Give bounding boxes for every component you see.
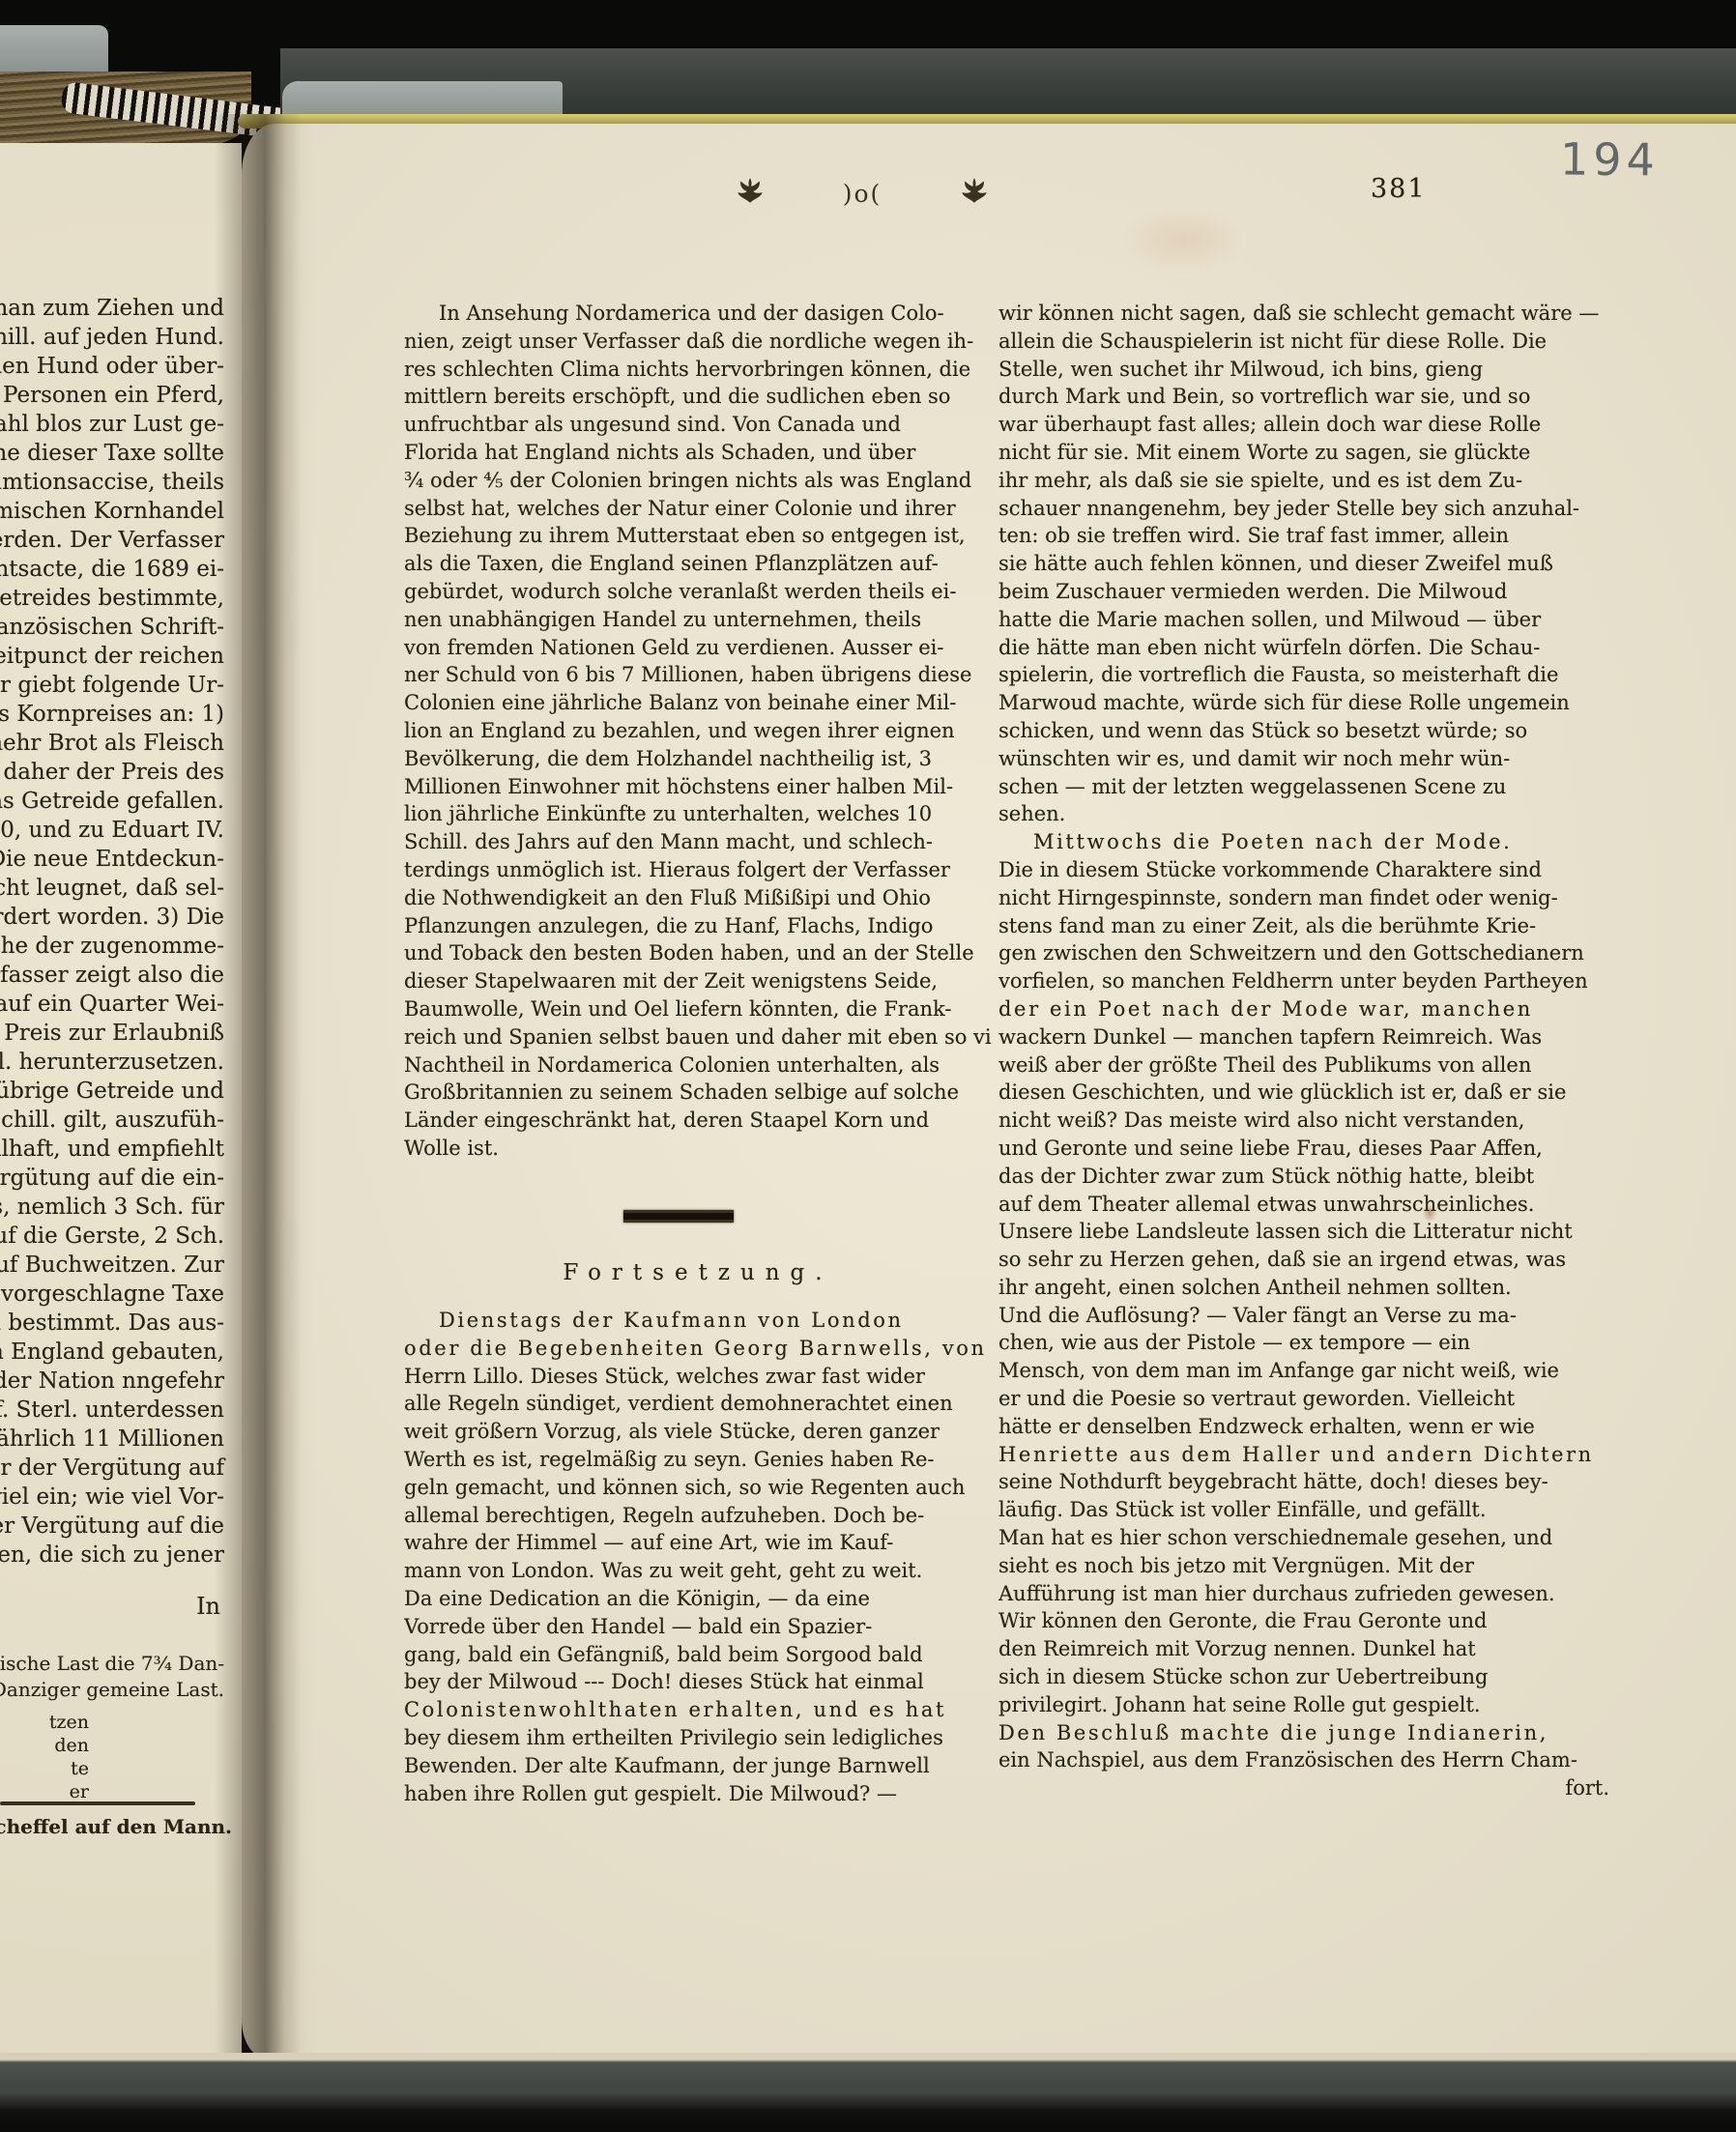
left-page-catchword: In xyxy=(0,1593,220,1620)
left-page-footnote: englische Last die 7¾ Dan-Danziger gemei… xyxy=(0,1651,224,1707)
text-line: hme dieser Taxe sollte xyxy=(0,439,224,468)
left-page-text-column: e man zum Ziehen undchill. auf jeden Hun… xyxy=(0,294,227,1579)
text-line: chen, wie aus der Pistole — ex tempore —… xyxy=(998,1329,1609,1357)
left-page: e man zum Ziehen undchill. auf jeden Hun… xyxy=(0,143,242,2059)
header-ornament-row: )o( xyxy=(735,174,990,213)
section-divider-bar xyxy=(623,1210,734,1223)
text-line: welche der zugenomme- xyxy=(0,932,224,961)
text-line: Pflanzungen anzulegen, die zu Hanf, Flac… xyxy=(404,912,992,940)
text-line: Stelle, wen suchet ihr Milwoud, ich bins… xyxy=(998,356,1609,384)
text-line: Die in diesem Stücke vorkommende Charakt… xyxy=(998,856,1609,884)
text-line: ich bestimmt. Das aus- xyxy=(0,1309,224,1338)
text-line: reich und Spanien selbst bauen und daher… xyxy=(404,1023,992,1052)
column-a-paragraph-2: Dienstags der Kaufmann von Londonoder di… xyxy=(404,1307,992,1813)
text-line: tzen xyxy=(0,1711,89,1734)
text-line: schen — mit der letzten weggelassenen Sc… xyxy=(998,773,1609,801)
text-line: Pf. Sterl. unterdessen xyxy=(0,1396,224,1425)
text-line: unfruchtbar als ungesund sind. Von Canad… xyxy=(404,411,992,439)
text-line: Herrn Lillo. Dieses Stück, welches zwar … xyxy=(404,1363,992,1391)
text-line: en Preis zur Erlaubniß xyxy=(0,1019,224,1048)
fleuron-icon xyxy=(735,178,766,209)
text-line: gebürdet, wodurch solche veranlaßt werde… xyxy=(404,578,992,606)
text-line: Schill. herunterzusetzen. xyxy=(0,1048,224,1077)
text-line: nheimischen Kornhandel xyxy=(0,497,224,526)
text-line: eides, nemlich 3 Sch. für xyxy=(0,1193,224,1222)
text-line: bey der Milwoud --- Doch! dieses Stück h… xyxy=(404,1668,992,1696)
text-line: die Nothwendigkeit an den Fluß Mißißipi … xyxy=(404,884,992,912)
text-line: Personen ein Pferd, xyxy=(0,381,224,410)
text-line: Werth es ist, regelmäßig zu seyn. Genies… xyxy=(404,1446,992,1474)
text-line: gang, bald ein Gefängniß, bald beim Sorg… xyxy=(404,1641,992,1669)
text-line: hätte er denselben Endzweck erhalten, we… xyxy=(998,1413,1609,1441)
text-line: gen zwischen den Schweitzern und den Got… xyxy=(998,939,1609,967)
footnote-rule xyxy=(0,1801,195,1805)
text-line: terdings unmöglich ist. Hieraus folgert … xyxy=(404,856,992,884)
text-line: , daher der Preis des xyxy=(0,758,224,787)
text-line: einer Vergütung auf die xyxy=(0,1512,224,1541)
text-line: In Ansehung Nordamerica und der dasigen … xyxy=(404,300,992,328)
text-line: Schill. des Jahrs auf den Mann macht, un… xyxy=(404,828,992,856)
text-line: Schill. gilt, auszufüh- xyxy=(0,1106,224,1135)
text-line: onsumtionsaccise, theils xyxy=(0,468,224,497)
main-page: )o( 381 194 In Ansehung Nordamerica und … xyxy=(242,124,1736,2059)
text-line: durch Mark und Bein, so vortreflich war … xyxy=(998,383,1609,411)
text-line: ten: ob sie treffen wird. Sie traf fast … xyxy=(998,522,1609,550)
text-line: und Toback den besten Boden haben, und a… xyxy=(404,939,992,967)
text-line: weiß aber der größte Theil des Publikums… xyxy=(998,1052,1609,1080)
text-line: rechen, die sich zu jener xyxy=(0,1541,224,1570)
text-line: Mittwochs die Poeten nach der Mode. xyxy=(998,828,1609,856)
text-line: e man zum Ziehen und xyxy=(0,294,224,323)
text-line: sich in diesem Stücke schon zur Uebertre… xyxy=(998,1663,1609,1691)
text-line: vorfielen, so manchen Feldherrn unter be… xyxy=(998,967,1609,995)
text-line: wahre der Himmel — auf eine Art, wie im … xyxy=(404,1529,992,1557)
text-line: Henriette aus dem Haller und andern Dich… xyxy=(998,1441,1609,1469)
text-line: auf dem Theater allemal etwas unwahrsche… xyxy=(998,1191,1609,1219)
text-line: . auf die Gerste, 2 Sch. xyxy=(0,1222,224,1251)
text-line: Da eine Dedication an die Königin, — da … xyxy=(404,1585,992,1613)
text-line: mann von London. Was zu weit geht, geht … xyxy=(404,1557,992,1585)
text-line: ner Schuld von 6 bis 7 Millionen, haben … xyxy=(404,661,992,689)
column-b: wir können nicht sagen, daß sie schlecht… xyxy=(998,300,1609,1807)
text-line: Den Beschluß machte die junge Indianerin… xyxy=(998,1719,1609,1747)
text-line: hatte die Marie machen sollen, und Milwo… xyxy=(998,606,1609,634)
text-line: nien, zeigt unser Verfasser daß die nord… xyxy=(404,328,992,356)
text-line: gt der Nation nngefehr xyxy=(0,1367,224,1396)
text-line: den xyxy=(0,1734,89,1757)
text-line: inen Hund oder über- xyxy=(0,352,224,381)
text-line: lion an England zu bezahlen, und wegen i… xyxy=(404,717,992,745)
text-line: wackern Dunkel — manchen tapfern Reimrei… xyxy=(998,1023,1609,1052)
text-line: theilhaft, und empfiehlt xyxy=(0,1135,224,1164)
text-line: alle Regeln sündiget, verdient demohnera… xyxy=(404,1390,992,1418)
text-line: allein die Schauspielerin ist nicht für … xyxy=(998,328,1609,356)
text-line: Großbritannien zu seinem Schaden selbige… xyxy=(404,1079,992,1107)
text-line: nicht für sie. Mit einem Worte zu sagen,… xyxy=(998,439,1609,467)
text-line: sehen. xyxy=(998,800,1609,828)
text-line: nicht weiß? Das meiste wird also nicht v… xyxy=(998,1107,1609,1135)
text-line: Anzahl blos zur Lust ge- xyxy=(0,410,224,439)
text-line: englische Last die 7¾ Dan- xyxy=(0,1651,224,1677)
text-line: Und die Auflösung? — Valer fängt an Vers… xyxy=(998,1302,1609,1330)
scan-bottom-edge xyxy=(0,2053,1736,2132)
text-line: r nicht leugnet, daß sel- xyxy=(0,874,224,903)
text-line: fort. xyxy=(998,1774,1609,1802)
text-line: Millionen Einwohner mit höchstens einer … xyxy=(404,773,992,801)
text-line: erden. Der Verfasser xyxy=(0,526,224,555)
text-line: res schlechten Clima nichts hervorbringe… xyxy=(404,356,992,384)
text-line: sie hätte auch fehlen können, und dieser… xyxy=(998,550,1609,578)
column-a-paragraph-1: In Ansehung Nordamerica und der dasigen … xyxy=(404,300,992,1166)
text-line: oder die Begebenheiten Georg Barnwells, … xyxy=(404,1335,992,1363)
text-line: die vorgeschlagne Taxe xyxy=(0,1280,224,1309)
text-line: lion jährliche Einkünfte zu unterhalten,… xyxy=(404,800,992,828)
text-line: mittlern bereits erschöpft, und die sudl… xyxy=(404,383,992,411)
text-line: wir können nicht sagen, daß sie schlecht… xyxy=(998,300,1609,328)
fleuron-icon xyxy=(959,178,990,209)
text-line: als die Taxen, die England seinen Pflanz… xyxy=(404,550,992,578)
text-line: Dienstags der Kaufmann von London xyxy=(404,1307,992,1335)
text-line: Zeitpunct der reichen xyxy=(0,642,224,671)
text-line: Verfasser zeigt also die xyxy=(0,961,224,990)
text-line: Unsere liebe Landsleute lassen sich die … xyxy=(998,1218,1609,1246)
text-line: ihr mehr, als daß sie sie spielte, und e… xyxy=(998,467,1609,495)
page-number: 381 xyxy=(1371,174,1427,204)
text-line: lamentsacte, die 1689 ei- xyxy=(0,555,224,584)
text-line: die hätte man eben nicht würfeln dörfen.… xyxy=(998,634,1609,662)
text-line: er xyxy=(0,1780,89,1803)
text-line: Vorrede über den Handel — bald ein Spazi… xyxy=(404,1613,992,1641)
text-line: Marwoud machte, würde sich für diese Rol… xyxy=(998,689,1609,717)
text-line: dieser Stapelwaaren mit der Zeit wenigst… xyxy=(404,967,992,995)
text-line: te xyxy=(0,1757,89,1780)
text-line: beim Zuschauer vermieden werden. Die Mil… xyxy=(998,578,1609,606)
text-line: Florida hat England nichts als Schaden, … xyxy=(404,439,992,467)
text-line: jährlich 11 Millionen xyxy=(0,1425,224,1454)
text-line: Vergütung auf die ein- xyxy=(0,1164,224,1193)
text-line: spielerin, die vortreflich die Fausta, s… xyxy=(998,661,1609,689)
text-line: diesen Geschichten, und wie glücklich is… xyxy=(998,1079,1609,1107)
text-line: war überhaupt fast alles; allein doch wa… xyxy=(998,411,1609,439)
text-line: viel ein; wie viel Vor- xyxy=(0,1483,224,1512)
left-page-footnote-fragments: tzendenteer xyxy=(0,1711,89,1807)
text-line: den Reimreich mit Vorzug nennen. Dunkel … xyxy=(998,1635,1609,1663)
text-line: schauer nnangenehm, bey jeder Stelle bey… xyxy=(998,495,1609,523)
text-line: seine Nothdurft beygebracht hätte, doch!… xyxy=(998,1468,1609,1496)
text-line: in England gebauten, xyxy=(0,1338,224,1367)
text-line: Colonien eine jährliche Balanz von beina… xyxy=(404,689,992,717)
text-line: das Getreide gefallen. xyxy=(0,787,224,816)
text-line: Wir können den Geronte, die Frau Geronte… xyxy=(998,1607,1609,1635)
left-page-footnote-bottom: e 10 Scheffel auf den Mann. xyxy=(0,1815,232,1838)
text-line: n französischen Schrift- xyxy=(0,613,224,642)
text-line: geln gemacht, und können sich, so wie Re… xyxy=(404,1474,992,1502)
section-heading: Fortsetzung. xyxy=(404,1260,992,1285)
text-line: aber der Vergütung auf xyxy=(0,1454,224,1483)
text-line: weit größern Vorzug, als viele Stücke, d… xyxy=(404,1418,992,1446)
text-line: haben ihre Rollen gut gespielt. Die Milw… xyxy=(404,1780,992,1808)
text-line: Aufführung ist man hier durchaus zufried… xyxy=(998,1580,1609,1608)
text-line: ihr angeht, einen solchen Antheil nehmen… xyxy=(998,1274,1609,1302)
text-line: Beziehung zu ihrem Mutterstaat eben so e… xyxy=(404,522,992,550)
text-line: er und die Poesie so vertraut geworden. … xyxy=(998,1385,1609,1413)
text-line: sieht es noch bis jetzo mit Vergnügen. M… xyxy=(998,1552,1609,1580)
text-line: Mensch, von dem man im Anfange gar nicht… xyxy=(998,1357,1609,1385)
text-line: uf Buchweitzen. Zur xyxy=(0,1251,224,1280)
text-line: ¾ oder ⅘ der Colonien bringen nichts als… xyxy=(404,467,992,495)
text-line: rdert worden. 3) Die xyxy=(0,903,224,932)
text-line: Bevölkerung, die dem Holzhandel nachthei… xyxy=(404,745,992,773)
text-line: Colonistenwohlthaten erhalten, und es ha… xyxy=(404,1696,992,1724)
text-line: so sehr zu Herzen gehen, daß sie an irge… xyxy=(998,1246,1609,1274)
text-line: Nachtheil in Nordamerica Colonien unterh… xyxy=(404,1052,992,1080)
text-line: Bewenden. Der alte Kaufmann, der junge B… xyxy=(404,1752,992,1780)
text-line: selbst hat, welches der Natur einer Colo… xyxy=(404,495,992,523)
text-line: von fremden Nationen Geld zu verdienen. … xyxy=(404,634,992,662)
text-line: nen unabhängigen Handel zu unternehmen, … xyxy=(404,606,992,634)
text-line: und Geronte und seine liebe Frau, dieses… xyxy=(998,1135,1609,1163)
text-line: ein Nachspiel, aus dem Französischen des… xyxy=(998,1746,1609,1774)
gutter-shadow xyxy=(215,114,302,2060)
text-line: nicht Hirngespinnste, sondern man findet… xyxy=(998,884,1609,912)
text-line: Danziger gemeine Last. xyxy=(0,1677,224,1703)
text-line: stens fand man zu einer Zeit, als die be… xyxy=(998,912,1609,940)
text-line: Er giebt folgende Ur- xyxy=(0,671,224,700)
text-line: g auf ein Quarter Wei- xyxy=(0,990,224,1019)
text-line: das der Dichter zwar zum Stück nöthig ha… xyxy=(998,1163,1609,1191)
text-line: ch mehr Brot als Fleisch xyxy=(0,729,224,758)
archival-stamp-number: 194 xyxy=(1560,133,1660,187)
text-line: Länder eingeschränkt hat, deren Staapel … xyxy=(404,1107,992,1135)
text-line: wünschten wir es, und damit wir noch meh… xyxy=(998,745,1609,773)
text-line: 40, und zu Eduart IV. xyxy=(0,816,224,845)
text-line: es Kornpreises an: 1) xyxy=(0,700,224,729)
text-line: chill. auf jeden Hund. xyxy=(0,323,224,352)
text-line: schicken, und wenn das Stück so besetzt … xyxy=(998,717,1609,745)
header-ornament-center: )o( xyxy=(843,180,882,208)
text-line: Man hat es hier schon verschiednemale ge… xyxy=(998,1524,1609,1552)
text-line: Wolle ist. xyxy=(404,1135,992,1163)
text-line: der ein Poet nach der Mode war, manchen xyxy=(998,995,1609,1023)
text-line: bey diesem ihm ertheilten Privilegio sei… xyxy=(404,1724,992,1752)
text-line: läufig. Das Stück ist voller Einfälle, u… xyxy=(998,1496,1609,1524)
text-line: s übrige Getreide und xyxy=(0,1077,224,1106)
text-line: Baumwolle, Wein und Oel liefern könnten,… xyxy=(404,995,992,1023)
text-line: allemal berechtigen, Regeln aufzuheben. … xyxy=(404,1502,992,1530)
text-line: des Getreides bestimmte, xyxy=(0,584,224,613)
text-line: privilegirt. Johann hat seine Rolle gut … xyxy=(998,1691,1609,1719)
text-line: ) Die neue Entdeckun- xyxy=(0,845,224,874)
